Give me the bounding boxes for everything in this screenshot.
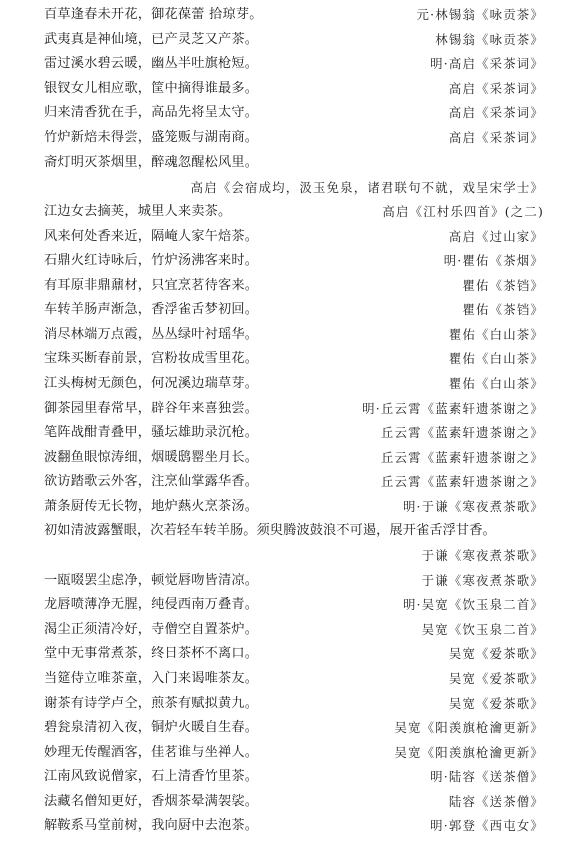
poem-line: 江南风致说僧家，石上清香竹里茶。明·陆容《送茶僧》 xyxy=(44,765,544,789)
source-citation: 瞿佑《茶铛》 xyxy=(462,274,544,298)
verse-text: 江南风致说僧家，石上清香竹里茶。 xyxy=(44,765,258,789)
poem-line: 江边女去摘荚，城里人来卖茶。高启《江村乐四首》(之二) xyxy=(44,200,544,224)
source-citation: 陆容《送茶僧》 xyxy=(449,790,544,814)
poem-line: 当筵侍立唯茶童，入门来谒唯茶友。吴宽《爱茶歌》 xyxy=(44,667,544,691)
source-citation: 吴宽《阳羡旗枪瀹更新》 xyxy=(395,741,545,765)
source-citation: 于谦《寒夜煮茶歌》 xyxy=(422,544,544,568)
source-citation: 吴宽《饮玉泉二首》 xyxy=(422,618,544,642)
verse-text: 碧瓮泉清初入夜，铜炉火暖自生春。 xyxy=(44,716,258,740)
verse-text: 法藏名僧知更好，香烟茶晕满袈裟。 xyxy=(44,790,258,814)
poem-line: 宝珠买断春前景，宫粉妆成雪里花。瞿佑《白山茶》 xyxy=(44,347,544,371)
verse-text: 笔阵战酣青叠甲，骚坛雄助录沉枪。 xyxy=(44,421,258,445)
source-citation: 高启《采茶词》 xyxy=(449,101,544,125)
verse-text: 消尽林端万点霞，丛丛绿叶衬瑶华。 xyxy=(44,323,258,347)
source-citation: 高启《会宿成均，汲玉免泉，诸君联句不就，戏呈宋学士》 xyxy=(191,176,544,200)
poem-line: 堂中无事常煮茶，终日茶杯不离口。吴宽《爱茶歌》 xyxy=(44,642,544,666)
verse-text: 江头梅树无颜色，何况溪边瑞草芽。 xyxy=(44,372,258,396)
verse-text: 渴尘正须清冷好，寺僧空自置茶炉。 xyxy=(44,618,258,642)
poem-line: 斋灯明灭茶烟里，醉魂忽醒松风里。 xyxy=(44,151,544,175)
verse-text: 波翻鱼眼惊涛细，烟暖鸱罂坐月长。 xyxy=(44,446,258,470)
verse-text: 初如清波露蟹眼，次若轻车转羊肠。须臾腾波鼓浪不可遏，展开雀舌浮甘香。 xyxy=(44,519,496,543)
poem-line: 初如清波露蟹眼，次若轻车转羊肠。须臾腾波鼓浪不可遏，展开雀舌浮甘香。 xyxy=(44,519,544,543)
poem-line: 竹炉新焙未得尝，盛笼贩与湖南商。高启《采茶词》 xyxy=(44,126,544,150)
verse-text: 萧条厨传无长物，地炉爇火烹茶汤。 xyxy=(44,495,258,519)
poem-line: 笔阵战酣青叠甲，骚坛雄助录沉枪。丘云霄《蓝素轩遗茶谢之》 xyxy=(44,421,544,445)
poem-line: 高启《会宿成均，汲玉免泉，诸君联句不就，戏呈宋学士》 xyxy=(44,176,544,200)
poem-line: 风来何处香来近，隔崦人家午焙茶。高启《过山家》 xyxy=(44,225,544,249)
source-citation: 吴宽《爱茶歌》 xyxy=(449,667,544,691)
verse-text: 有耳原非鼎鼐材，只宜烹茗待客来。 xyxy=(44,274,258,298)
poem-line: 武夷真是神仙境，已产灵芝又产茶。林锡翁《咏贡茶》 xyxy=(44,28,544,52)
poem-line: 法藏名僧知更好，香烟茶晕满袈裟。陆容《送茶僧》 xyxy=(44,790,544,814)
source-citation: 瞿佑《茶铛》 xyxy=(462,298,544,322)
source-citation: 高启《采茶词》 xyxy=(449,126,544,150)
source-citation: 瞿佑《白山茶》 xyxy=(449,323,544,347)
poem-line: 车转羊肠声渐急，香浮雀舌梦初回。瞿佑《茶铛》 xyxy=(44,298,544,322)
verse-text: 百草逢春未开花，御花葆蕾 拾琼芽。 xyxy=(44,3,263,27)
poem-line: 江头梅树无颜色，何况溪边瑞草芽。瞿佑《白山茶》 xyxy=(44,372,544,396)
verse-text: 龙唇喷薄净无腥，纯侵西南万叠青。 xyxy=(44,593,258,617)
source-citation: 明·高启《采茶词》 xyxy=(430,52,544,76)
verse-text: 当筵侍立唯茶童，入门来谒唯茶友。 xyxy=(44,667,258,691)
verse-text: 斋灯明灭茶烟里，醉魂忽醒松风里。 xyxy=(44,151,258,175)
verse-text: 妙理无传醒酒客，佳茗谁与坐禅人。 xyxy=(44,741,258,765)
verse-text: 江边女去摘荚，城里人来卖茶。 xyxy=(44,200,231,224)
poem-line: 石鼎火红诗咏后，竹炉汤沸客来时。明·瞿佑《茶烟》 xyxy=(44,249,544,273)
poem-line: 解鞍系马堂前树，我向厨中去泡茶。明·郭登《西屯女》 xyxy=(44,814,544,838)
source-citation: 明·瞿佑《茶烟》 xyxy=(444,249,544,273)
poem-line: 萧条厨传无长物，地炉爇火烹茶汤。明·于谦《寒夜煮茶歌》 xyxy=(44,495,544,519)
poem-line: 渴尘正须清冷好，寺僧空自置茶炉。吴宽《饮玉泉二首》 xyxy=(44,618,544,642)
verse-text: 一瓯啜罢尘虑净，顿觉唇吻皆清凉。 xyxy=(44,569,258,593)
poem-line: 御茶园里春常早，辟谷年来喜独尝。明·丘云霄《蓝素轩遗茶谢之》 xyxy=(44,397,544,421)
source-citation: 丘云霄《蓝素轩遗茶谢之》 xyxy=(381,470,544,494)
source-citation: 丘云霄《蓝素轩遗茶谢之》 xyxy=(381,446,544,470)
verse-text: 竹炉新焙未得尝，盛笼贩与湖南商。 xyxy=(44,126,258,150)
verse-text: 武夷真是神仙境，已产灵芝又产茶。 xyxy=(44,28,258,52)
poem-line: 欲访踏歌云外客，注烹仙掌露华香。丘云霄《蓝素轩遗茶谢之》 xyxy=(44,470,544,494)
verse-text: 御茶园里春常早，辟谷年来喜独尝。 xyxy=(44,397,258,421)
source-citation: 吴宽《爱茶歌》 xyxy=(449,642,544,666)
verse-text: 雷过溪水碧云暖，幽丛半吐旗枪短。 xyxy=(44,52,258,76)
verse-text: 归来清香犹在手，高品先将呈太守。 xyxy=(44,101,258,125)
verse-text: 谢茶有诗学卢仝，煎茶有赋拟黄九。 xyxy=(44,692,258,716)
source-citation: 明·于谦《寒夜煮茶歌》 xyxy=(403,495,544,519)
poem-line: 谢茶有诗学卢仝，煎茶有赋拟黄九。吴宽《爱茶歌》 xyxy=(44,692,544,716)
source-citation: 于谦《寒夜煮茶歌》 xyxy=(422,569,544,593)
poem-line: 消尽林端万点霞，丛丛绿叶衬瑶华。瞿佑《白山茶》 xyxy=(44,323,544,347)
source-citation: 高启《过山家》 xyxy=(449,225,544,249)
source-citation: 林锡翁《咏贡茶》 xyxy=(435,28,544,52)
verse-text: 堂中无事常煮茶，终日茶杯不离口。 xyxy=(44,642,258,666)
source-citation: 明·丘云霄《蓝素轩遗茶谢之》 xyxy=(362,397,544,421)
verse-text: 风来何处香来近，隔崦人家午焙茶。 xyxy=(44,225,258,249)
verse-text: 银钗女儿相应歌，筐中摘得谁最多。 xyxy=(44,77,258,101)
source-citation: 丘云霄《蓝素轩遗茶谢之》 xyxy=(381,421,544,445)
poem-line: 银钗女儿相应歌，筐中摘得谁最多。高启《采茶词》 xyxy=(44,77,544,101)
source-citation: 高启《采茶词》 xyxy=(449,77,544,101)
poem-line: 雷过溪水碧云暖，幽丛半吐旗枪短。明·高启《采茶词》 xyxy=(44,52,544,76)
source-citation: 吴宽《阳羡旗枪瀹更新》 xyxy=(395,716,545,740)
source-citation: 明·郭登《西屯女》 xyxy=(430,814,544,838)
verse-text: 欲访踏歌云外客，注烹仙掌露华香。 xyxy=(44,470,258,494)
poem-line: 一瓯啜罢尘虑净，顿觉唇吻皆清凉。于谦《寒夜煮茶歌》 xyxy=(44,569,544,593)
source-citation: 瞿佑《白山茶》 xyxy=(449,372,544,396)
poem-line: 碧瓮泉清初入夜，铜炉火暖自生春。吴宽《阳羡旗枪瀹更新》 xyxy=(44,716,544,740)
source-citation: 吴宽《爱茶歌》 xyxy=(449,692,544,716)
source-citation: 元·林锡翁《咏贡茶》 xyxy=(417,3,544,27)
source-citation: 明·吴宽《饮玉泉二首》 xyxy=(403,593,544,617)
source-citation: 瞿佑《白山茶》 xyxy=(449,347,544,371)
verse-text: 车转羊肠声渐急，香浮雀舌梦初回。 xyxy=(44,298,258,322)
poem-line: 有耳原非鼎鼐材，只宜烹茗待客来。瞿佑《茶铛》 xyxy=(44,274,544,298)
poem-line: 龙唇喷薄净无腥，纯侵西南万叠青。明·吴宽《饮玉泉二首》 xyxy=(44,593,544,617)
poem-line: 波翻鱼眼惊涛细，烟暖鸱罂坐月长。丘云霄《蓝素轩遗茶谢之》 xyxy=(44,446,544,470)
poem-line: 妙理无传醒酒客，佳茗谁与坐禅人。吴宽《阳羡旗枪瀹更新》 xyxy=(44,741,544,765)
verse-text: 解鞍系马堂前树，我向厨中去泡茶。 xyxy=(44,814,258,838)
poem-line: 百草逢春未开花，御花葆蕾 拾琼芽。元·林锡翁《咏贡茶》 xyxy=(44,3,544,27)
poem-line: 于谦《寒夜煮茶歌》 xyxy=(44,544,544,568)
verse-text: 宝珠买断春前景，宫粉妆成雪里花。 xyxy=(44,347,258,371)
source-citation: 明·陆容《送茶僧》 xyxy=(430,765,544,789)
poem-page: 百草逢春未开花，御花葆蕾 拾琼芽。元·林锡翁《咏贡茶》武夷真是神仙境，已产灵芝又… xyxy=(0,0,572,852)
source-citation: 高启《江村乐四首》(之二) xyxy=(382,200,544,224)
poem-line: 归来清香犹在手，高品先将呈太守。高启《采茶词》 xyxy=(44,101,544,125)
verse-text: 石鼎火红诗咏后，竹炉汤沸客来时。 xyxy=(44,249,258,273)
